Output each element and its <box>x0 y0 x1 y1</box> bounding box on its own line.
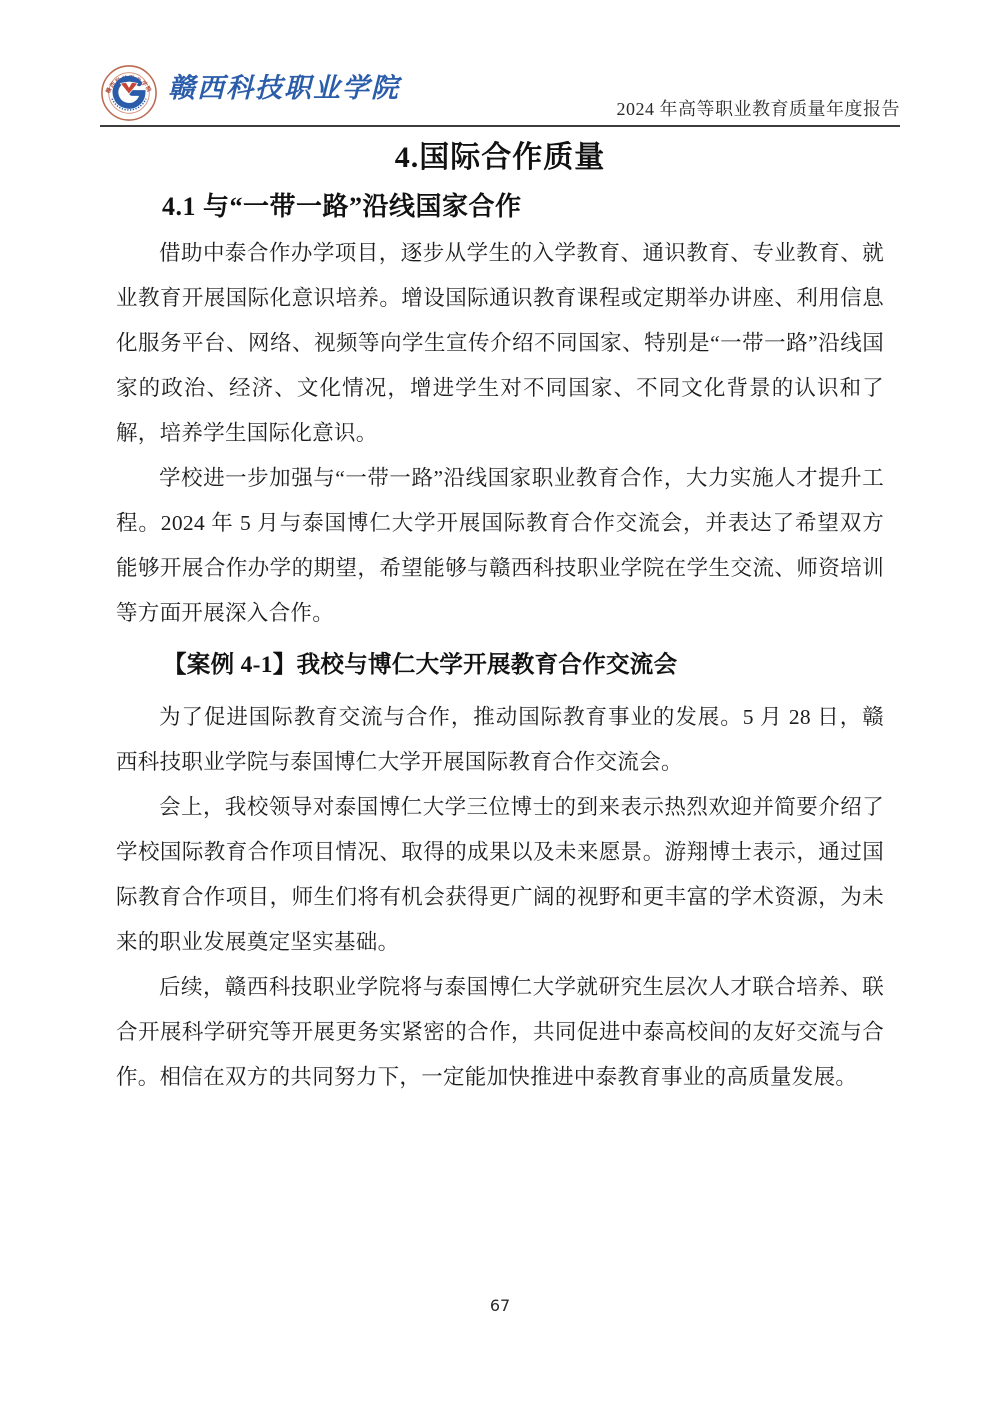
case-heading: 【案例 4-1】我校与博仁大学开展教育合作交流会 <box>116 643 884 688</box>
page-header: 赣西科技职业学院 赣西科技职业学院 2024 年高等职业教育质量年度报告 <box>100 0 900 127</box>
page-number: 67 <box>490 1296 510 1315</box>
paragraph: 为了促进国际教育交流与合作，推动国际教育事业的发展。5 月 28 日，赣西科技职… <box>116 695 884 785</box>
school-name: 赣西科技职业学院 <box>168 75 400 112</box>
section-heading: 4.1 与“一带一路”沿线国家合作 <box>116 190 884 224</box>
page-footer: 67 <box>0 1296 1000 1315</box>
report-title: 2024 年高等职业教育质量年度报告 <box>617 99 901 122</box>
paragraph: 学校进一步加强与“一带一路”沿线国家职业教育合作，大力实施人才提升工程。2024… <box>116 456 884 636</box>
chapter-title: 4.国际合作质量 <box>116 139 884 177</box>
report-page: 赣西科技职业学院 赣西科技职业学院 2024 年高等职业教育质量年度报告 4.国… <box>0 0 1000 1411</box>
paragraph: 借助中泰合作办学项目，逐步从学生的入学教育、通识教育、专业教育、就业教育开展国际… <box>116 231 884 456</box>
school-seal-icon: 赣西科技职业学院 <box>100 64 158 122</box>
paragraph: 后续，赣西科技职业学院将与泰国博仁大学就研究生层次人才联合培养、联合开展科学研究… <box>116 965 884 1100</box>
school-brand: 赣西科技职业学院 赣西科技职业学院 <box>100 64 400 122</box>
document-body: 4.国际合作质量 4.1 与“一带一路”沿线国家合作 借助中泰合作办学项目，逐步… <box>116 139 884 1100</box>
paragraph: 会上，我校领导对泰国博仁大学三位博士的到来表示热烈欢迎并简要介绍了学校国际教育合… <box>116 785 884 965</box>
